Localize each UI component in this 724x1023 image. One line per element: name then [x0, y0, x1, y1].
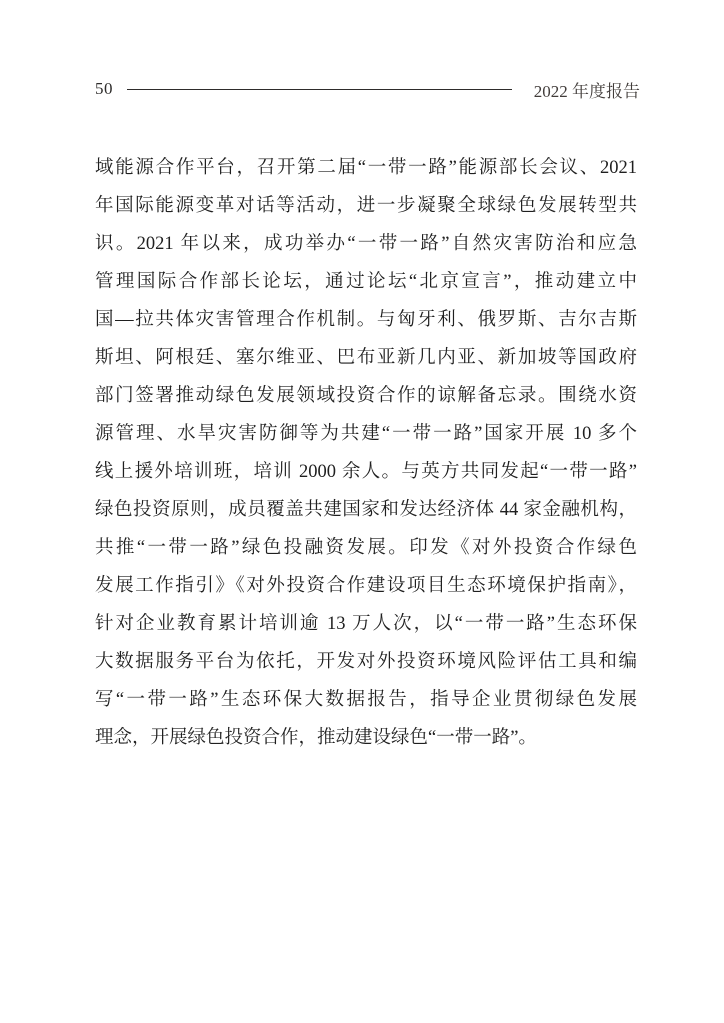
- text-line: 共推“一带一路”绿色投融资发展。印发《对外投资合作绿色: [95, 529, 637, 567]
- text-line: 理念，开展绿色投资合作，推动建设绿色“一带一路”。: [95, 719, 637, 757]
- text-line: 线上援外培训班，培训 2000 余人。与英方共同发起“一带一路”: [95, 453, 637, 491]
- page-header: 50 2022 年度报告: [95, 76, 640, 102]
- text-line: 针对企业教育累计培训逾 13 万人次，以“一带一路”生态环保: [95, 605, 637, 643]
- body-paragraph: 域能源合作平台，召开第二届“一带一路”能源部长会议、2021 年国际能源变革对话…: [95, 149, 637, 757]
- text-line: 源管理、水旱灾害防御等为共建“一带一路”国家开展 10 多个: [95, 415, 637, 453]
- report-page: 50 2022 年度报告 域能源合作平台，召开第二届“一带一路”能源部长会议、2…: [0, 0, 724, 1023]
- text-line: 域能源合作平台，召开第二届“一带一路”能源部长会议、2021: [95, 149, 637, 187]
- text-line: 写“一带一路”生态环保大数据报告，指导企业贯彻绿色发展: [95, 681, 637, 719]
- text-line: 发展工作指引》《对外投资合作建设项目生态环境保护指南》，: [95, 567, 637, 605]
- text-line: 国—拉共体灾害管理合作机制。与匈牙利、俄罗斯、吉尔吉斯: [95, 301, 637, 339]
- text-line: 管理国际合作部长论坛，通过论坛“北京宣言”，推动建立中: [95, 263, 637, 301]
- text-line: 大数据服务平台为依托，开发对外投资环境风险评估工具和编: [95, 643, 637, 681]
- text-line: 识。2021 年以来，成功举办“一带一路”自然灾害防治和应急: [95, 225, 637, 263]
- page-number: 50: [95, 79, 113, 99]
- report-title: 2022 年度报告: [534, 77, 640, 102]
- text-line: 绿色投资原则，成员覆盖共建国家和发达经济体 44 家金融机构，: [95, 491, 637, 529]
- text-line: 年国际能源变革对话等活动，进一步凝聚全球绿色发展转型共: [95, 187, 637, 225]
- text-line: 斯坦、阿根廷、塞尔维亚、巴布亚新几内亚、新加坡等国政府: [95, 339, 637, 377]
- header-rule: [127, 89, 512, 90]
- text-line: 部门签署推动绿色发展领域投资合作的谅解备忘录。围绕水资: [95, 377, 637, 415]
